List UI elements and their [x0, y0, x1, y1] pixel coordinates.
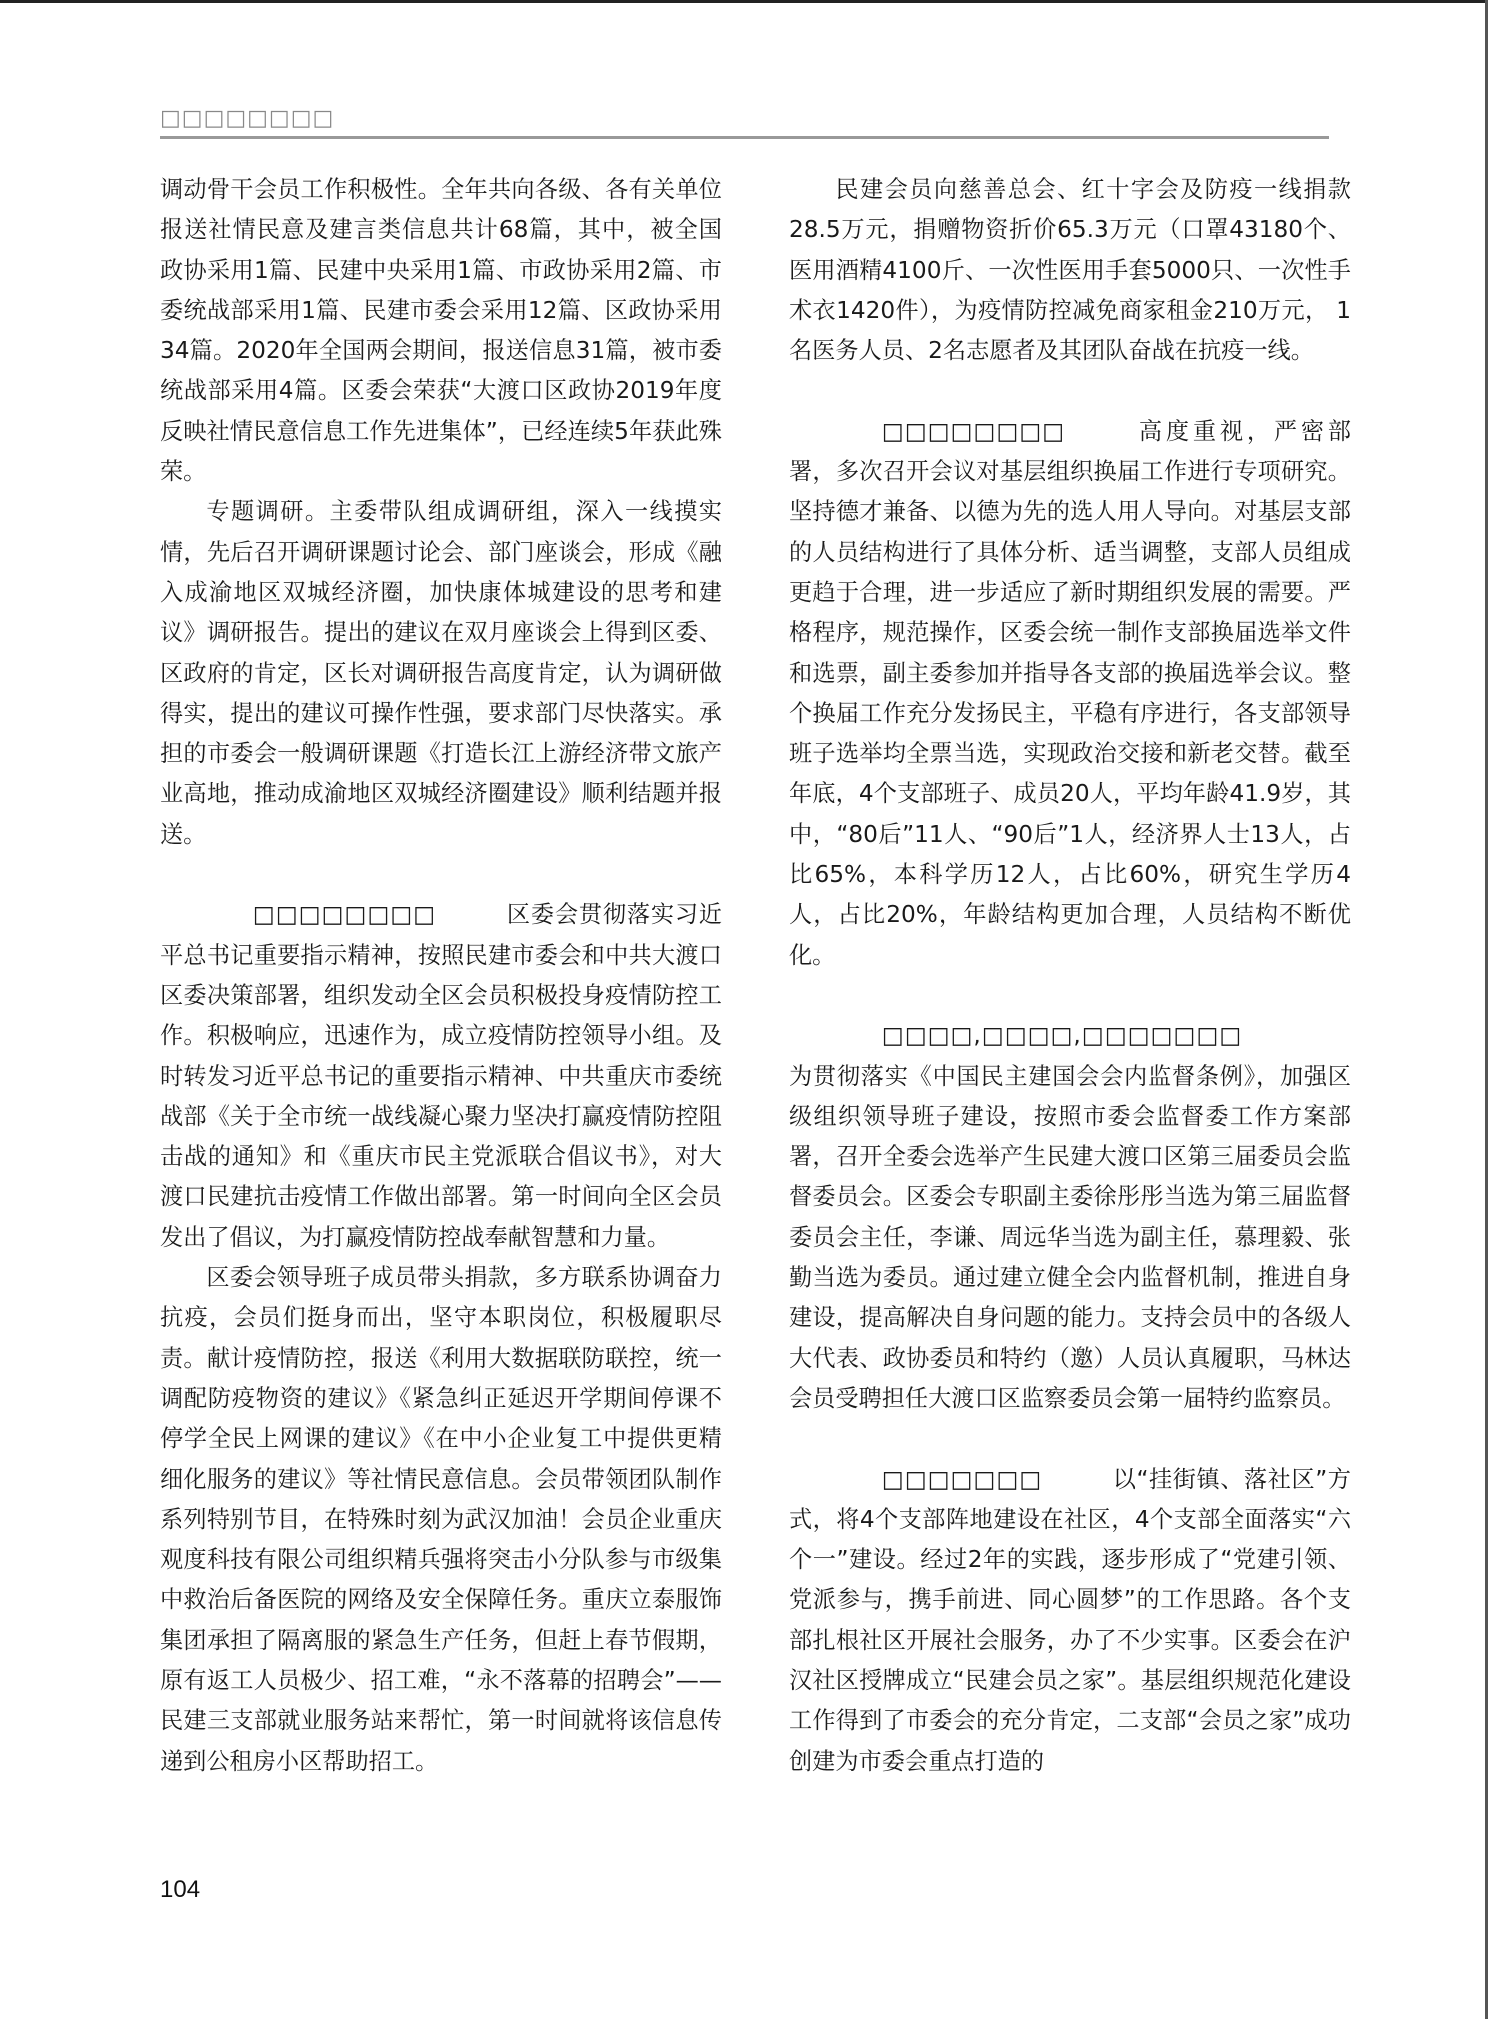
- section-paragraph: □□□□□□□□高度重视，严密部署，多次召开会议对基层组织换届工作进行专项研究。…: [789, 412, 1351, 976]
- right-column: 民建会员向慈善总会、红十字会及防疫一线捐款28.5万元，捐赠物资折价65.3万元…: [789, 170, 1351, 1782]
- section-paragraph: □□□□,□□□□,□□□□□□□为贯彻落实《中国民主建国会会内监督条例》，加强…: [789, 1016, 1351, 1419]
- section-paragraph: □□□□□□□以“挂街镇、落社区”方式，将4个支部阵地建设在社区，4个支部全面落…: [789, 1460, 1351, 1782]
- paragraph: 区委会领导班子成员带头捐款，多方联系协调奋力抗疫，会员们挺身而出，坚守本职岗位，…: [160, 1258, 722, 1782]
- section-body: 以“挂街镇、落社区”方式，将4个支部阵地建设在社区，4个支部全面落实“六个一”建…: [789, 1466, 1351, 1775]
- page-number: 104: [160, 1876, 200, 1904]
- paragraph: 专题调研。主委带队组成调研组，深入一线摸实情，先后召开调研课题讨论会、部门座谈会…: [160, 492, 722, 855]
- left-column: 调动骨干会员工作积极性。全年共向各级、各有关单位报送社情民意及建言类信息共计68…: [160, 170, 722, 1782]
- running-head: □□□□□□□□: [160, 106, 334, 132]
- spacer: [160, 855, 722, 895]
- page-top-edge: [0, 0, 1488, 3]
- section-body: 高度重视，严密部署，多次召开会议对基层组织换届工作进行专项研究。坚持德才兼备、以…: [789, 418, 1351, 969]
- section-paragraph: □□□□□□□□区委会贯彻落实习近平总书记重要指示精神，按照民建市委会和中共大渡…: [160, 895, 722, 1258]
- header-rule: [160, 136, 1329, 139]
- paragraph: 民建会员向慈善总会、红十字会及防疫一线捐款28.5万元，捐赠物资折价65.3万元…: [789, 170, 1351, 371]
- spacer: [789, 1419, 1351, 1459]
- spacer: [789, 371, 1351, 411]
- section-heading: □□□□,□□□□,□□□□□□□: [835, 1016, 1242, 1056]
- paragraph: 调动骨干会员工作积极性。全年共向各级、各有关单位报送社情民意及建言类信息共计68…: [160, 170, 722, 492]
- section-body: 区委会贯彻落实习近平总书记重要指示精神，按照民建市委会和中共大渡口区委决策部署，…: [160, 901, 722, 1250]
- section-heading: □□□□□□□: [835, 1460, 1042, 1500]
- spacer: [789, 976, 1351, 1016]
- section-body: 为贯彻落实《中国民主建国会会内监督条例》，加强区级组织领导班子建设，按照市委会监…: [789, 1063, 1351, 1412]
- section-heading: □□□□□□□□: [206, 895, 436, 935]
- section-heading: □□□□□□□□: [835, 412, 1065, 452]
